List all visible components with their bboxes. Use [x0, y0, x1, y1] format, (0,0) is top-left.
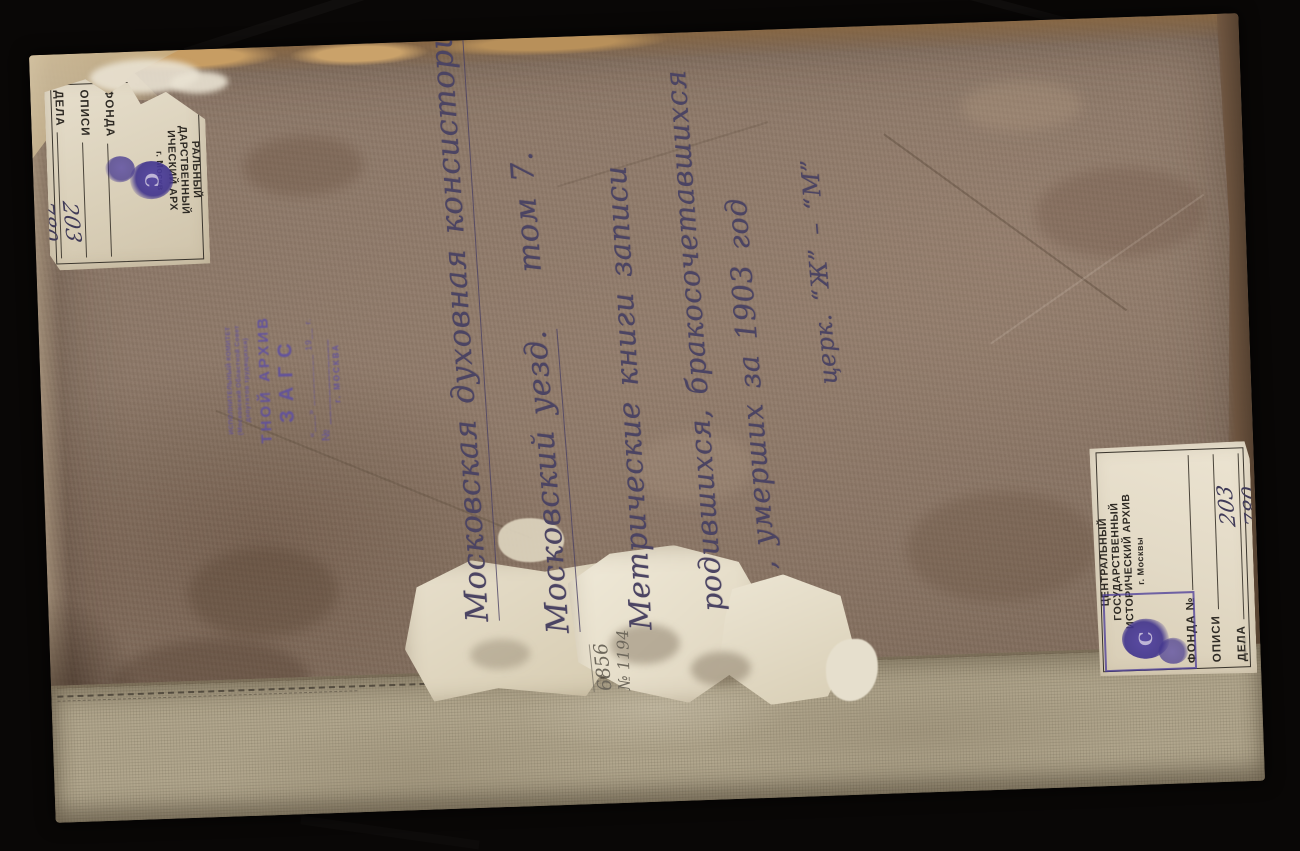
archive-label-bottom-right-content: ЦЕНТРАЛЬНЫЙ ГОСУДАРСТВЕННЫЙ ИСТОРИЧЕСКИЙ… — [1089, 441, 1257, 678]
handwritten-title: Московская духовная консистория Московск… — [429, 35, 919, 636]
archive-label-bottom-right: ЦЕНТРАЛЬНЫЙ ГОСУДАРСТВЕННЫЙ ИСТОРИЧЕСКИЙ… — [1089, 441, 1257, 678]
ink-stamp-blob: С — [129, 160, 174, 200]
zags-date-line: «___» _________ 19__ г. — [301, 292, 317, 464]
fond-number: 203 — [1219, 485, 1233, 527]
zags-title-line: ЗАГС — [272, 292, 301, 465]
fond-number: 203 — [65, 201, 79, 243]
handwritten-title-text: Московская духовная консистория Московск… — [426, 35, 922, 636]
pencil-crossed-number: 6856 — [588, 641, 616, 691]
zags-stamp-text: ИСПОЛНИТЕЛЬНЫЙ КОМИТЕТ (Московский Облас… — [223, 289, 385, 466]
photo-background: 6856 № 1194 Московская духовная консисто… — [0, 0, 1300, 851]
zags-stamp: ИСПОЛНИТЕЛЬНЫЙ КОМИТЕТ (Московский Облас… — [223, 289, 385, 466]
book-cover: 6856 № 1194 Московская духовная консисто… — [29, 13, 1265, 823]
delo-number: 3047 — [29, 195, 30, 251]
scan-watermark — [300, 816, 480, 850]
label-fine-print: Зак. тип. — [1242, 635, 1249, 660]
